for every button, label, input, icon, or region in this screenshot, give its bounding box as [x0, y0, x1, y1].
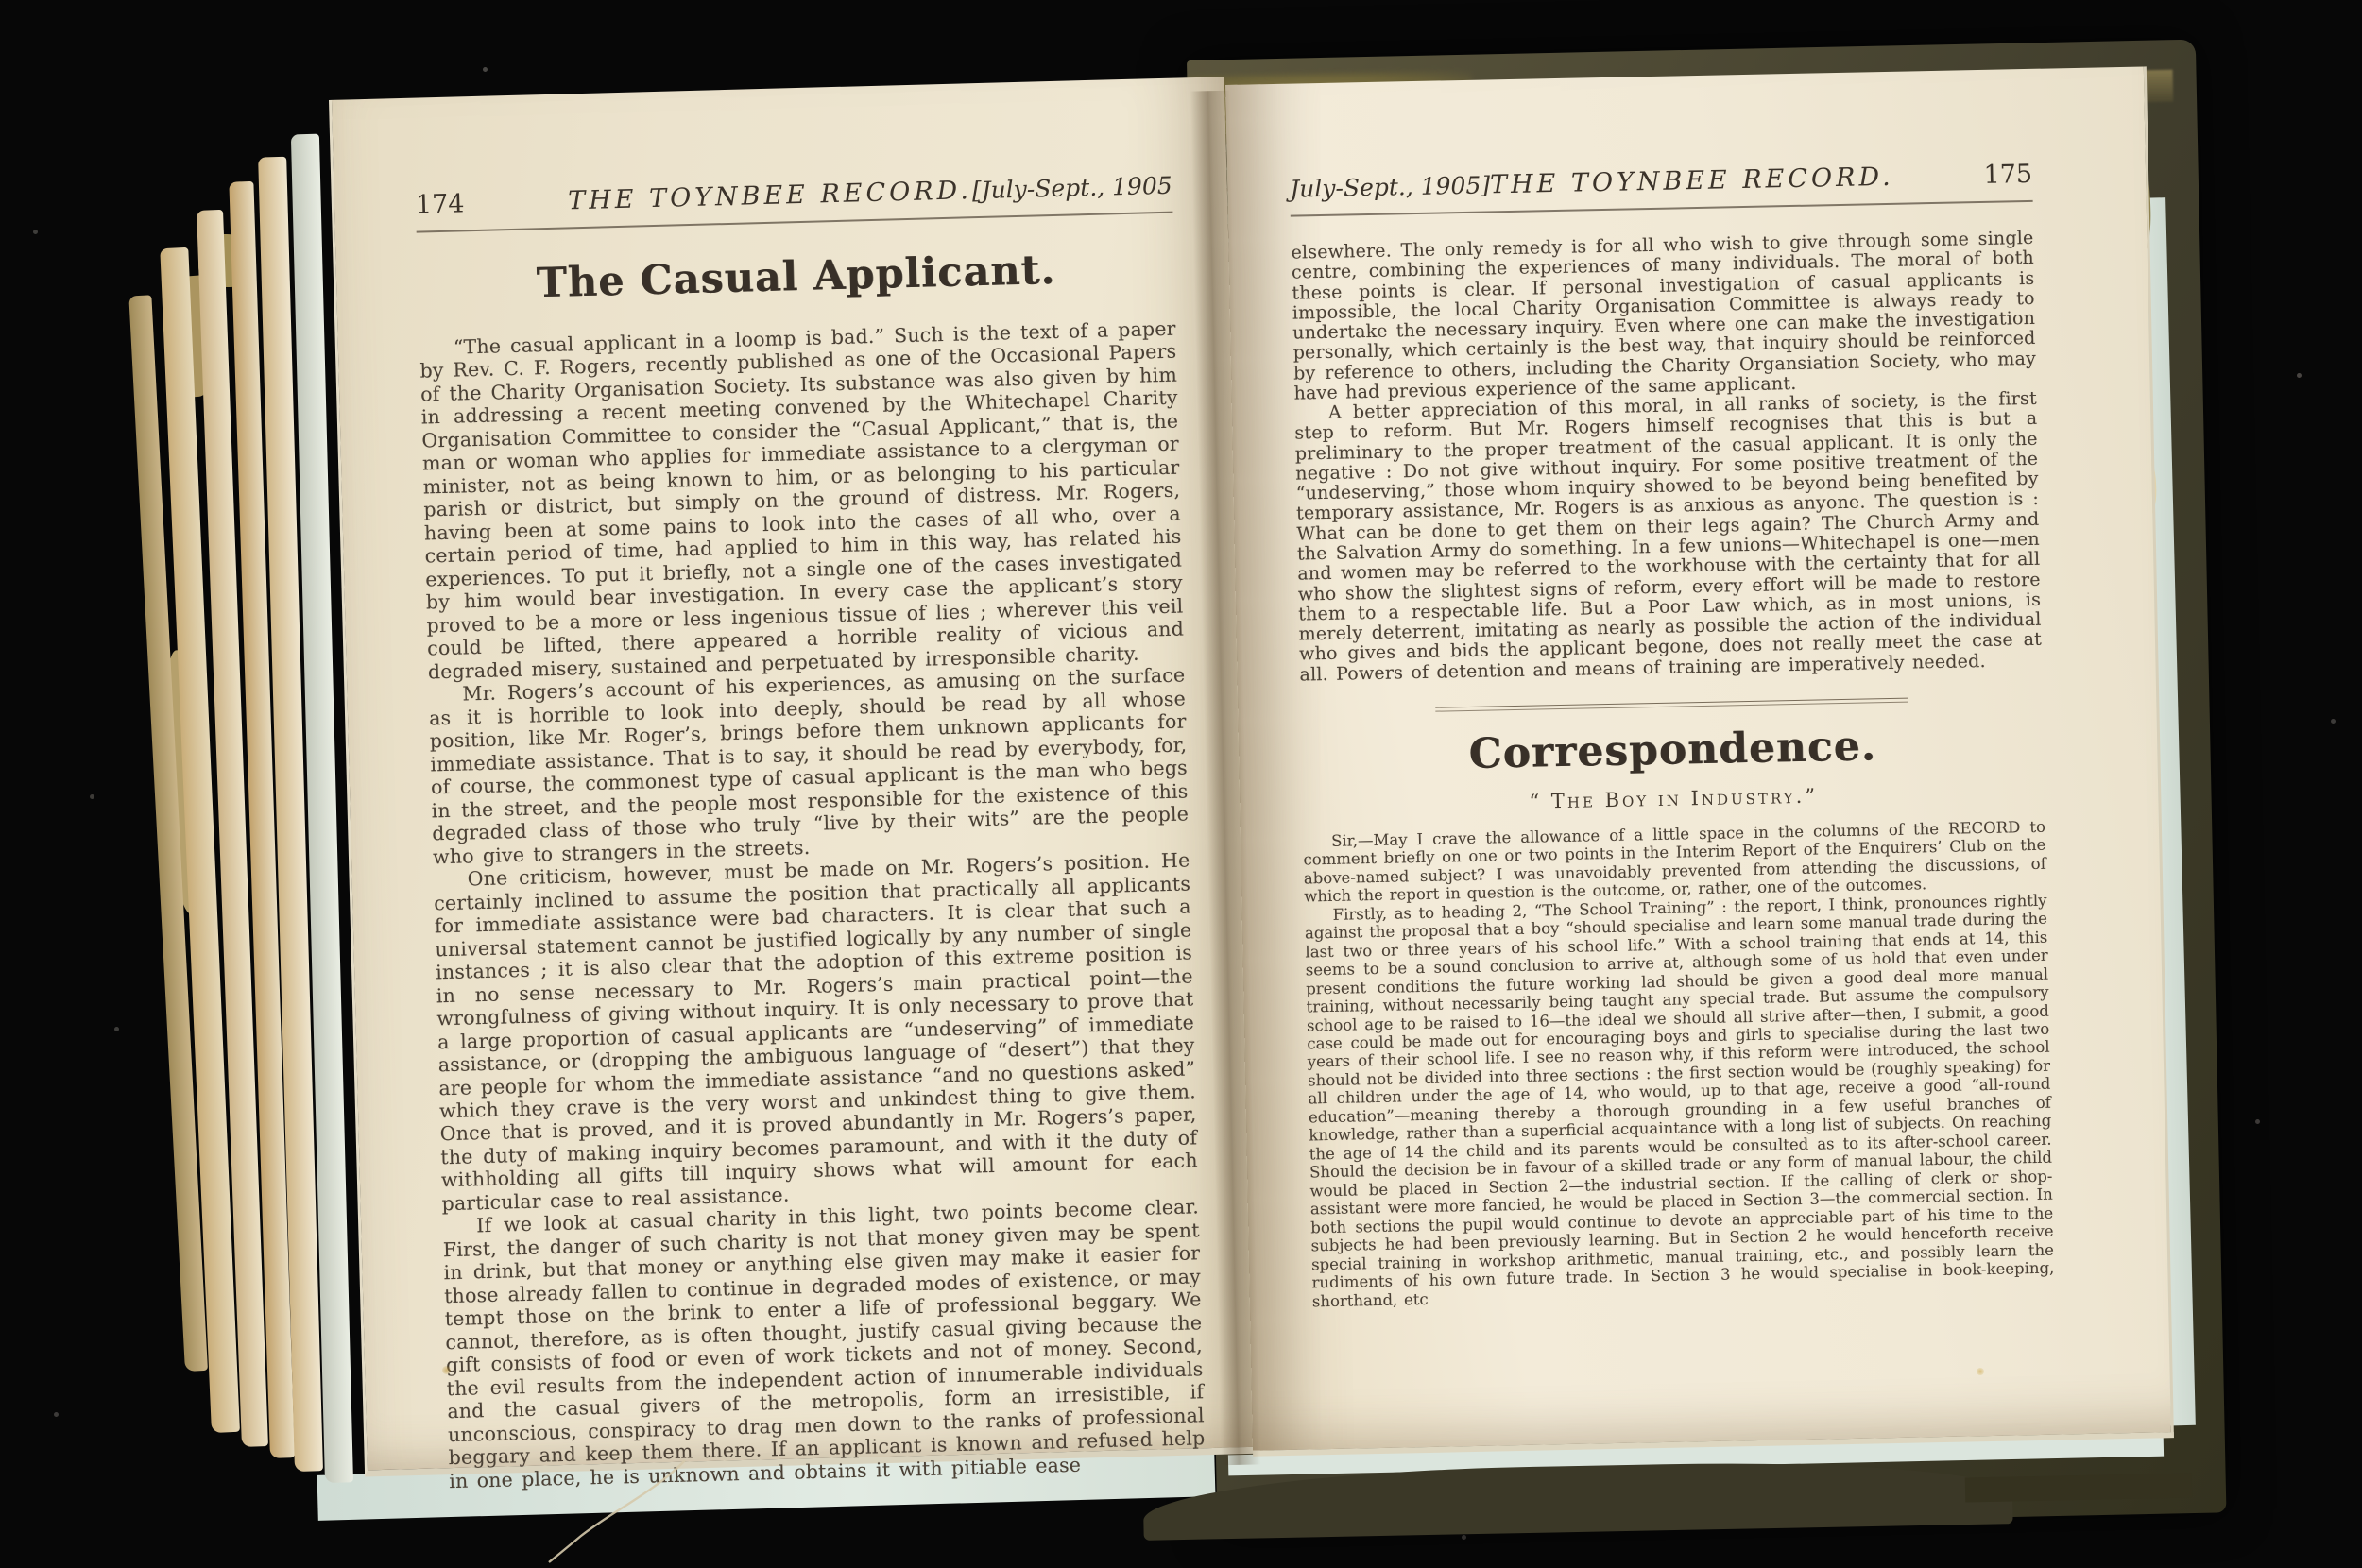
foxing-stain — [442, 1366, 451, 1374]
page-header: 174 THE TOYNBEE RECORD. [July-Sept., 190… — [416, 171, 1173, 220]
article-body-continued: elsewhere. The only remedy is for all wh… — [1291, 229, 2042, 686]
page-number: 175 — [1893, 160, 2032, 192]
page-number: 174 — [416, 186, 569, 219]
paragraph: If we look at casual charity in this lig… — [442, 1196, 1206, 1493]
book-cover-bottom-edge — [1965, 1473, 2192, 1502]
paragraph: A better appreciation of this moral, in … — [1294, 389, 2043, 685]
letter-subtitle: “ The Boy in Industry.” — [1302, 780, 2045, 818]
loose-thread — [543, 1455, 704, 1568]
paragraph: One criticism, however, must be made on … — [433, 849, 1198, 1216]
issue-date: July-Sept., 1905] — [1290, 171, 1490, 202]
photo-stage: 174 THE TOYNBEE RECORD. [July-Sept., 190… — [0, 0, 2362, 1568]
page-header: July-Sept., 1905] THE TOYNBEE RECORD. 17… — [1290, 160, 2032, 204]
article-body: “The casual applicant in a loomp is bad.… — [419, 317, 1207, 1493]
article-title: The Casual Applicant. — [418, 244, 1175, 311]
header-rule — [1291, 200, 2033, 217]
right-page: July-Sept., 1905] THE TOYNBEE RECORD. 17… — [1225, 66, 2174, 1456]
paragraph: elsewhere. The only remedy is for all wh… — [1291, 229, 2036, 404]
paragraph: Firstly, as to heading 2, “The School Tr… — [1304, 891, 2054, 1310]
left-page: 174 THE TOYNBEE RECORD. [July-Sept., 190… — [329, 77, 1260, 1476]
paragraph: Mr. Rogers’s account of his experiences,… — [428, 664, 1190, 869]
letter-body: Sir,—May I crave the allowance of a litt… — [1303, 818, 2055, 1311]
paragraph: “The casual applicant in a loomp is bad.… — [419, 317, 1185, 684]
background — [0, 0, 3, 3]
journal-title: THE TOYNBEE RECORD. — [1490, 162, 1894, 200]
correspondence-title: Correspondence. — [1301, 719, 2045, 782]
section-divider — [1435, 697, 1908, 711]
journal-title: THE TOYNBEE RECORD. — [568, 176, 972, 215]
foxing-stain — [1977, 1368, 1984, 1375]
issue-date: [July-Sept., 1905 — [971, 172, 1172, 205]
